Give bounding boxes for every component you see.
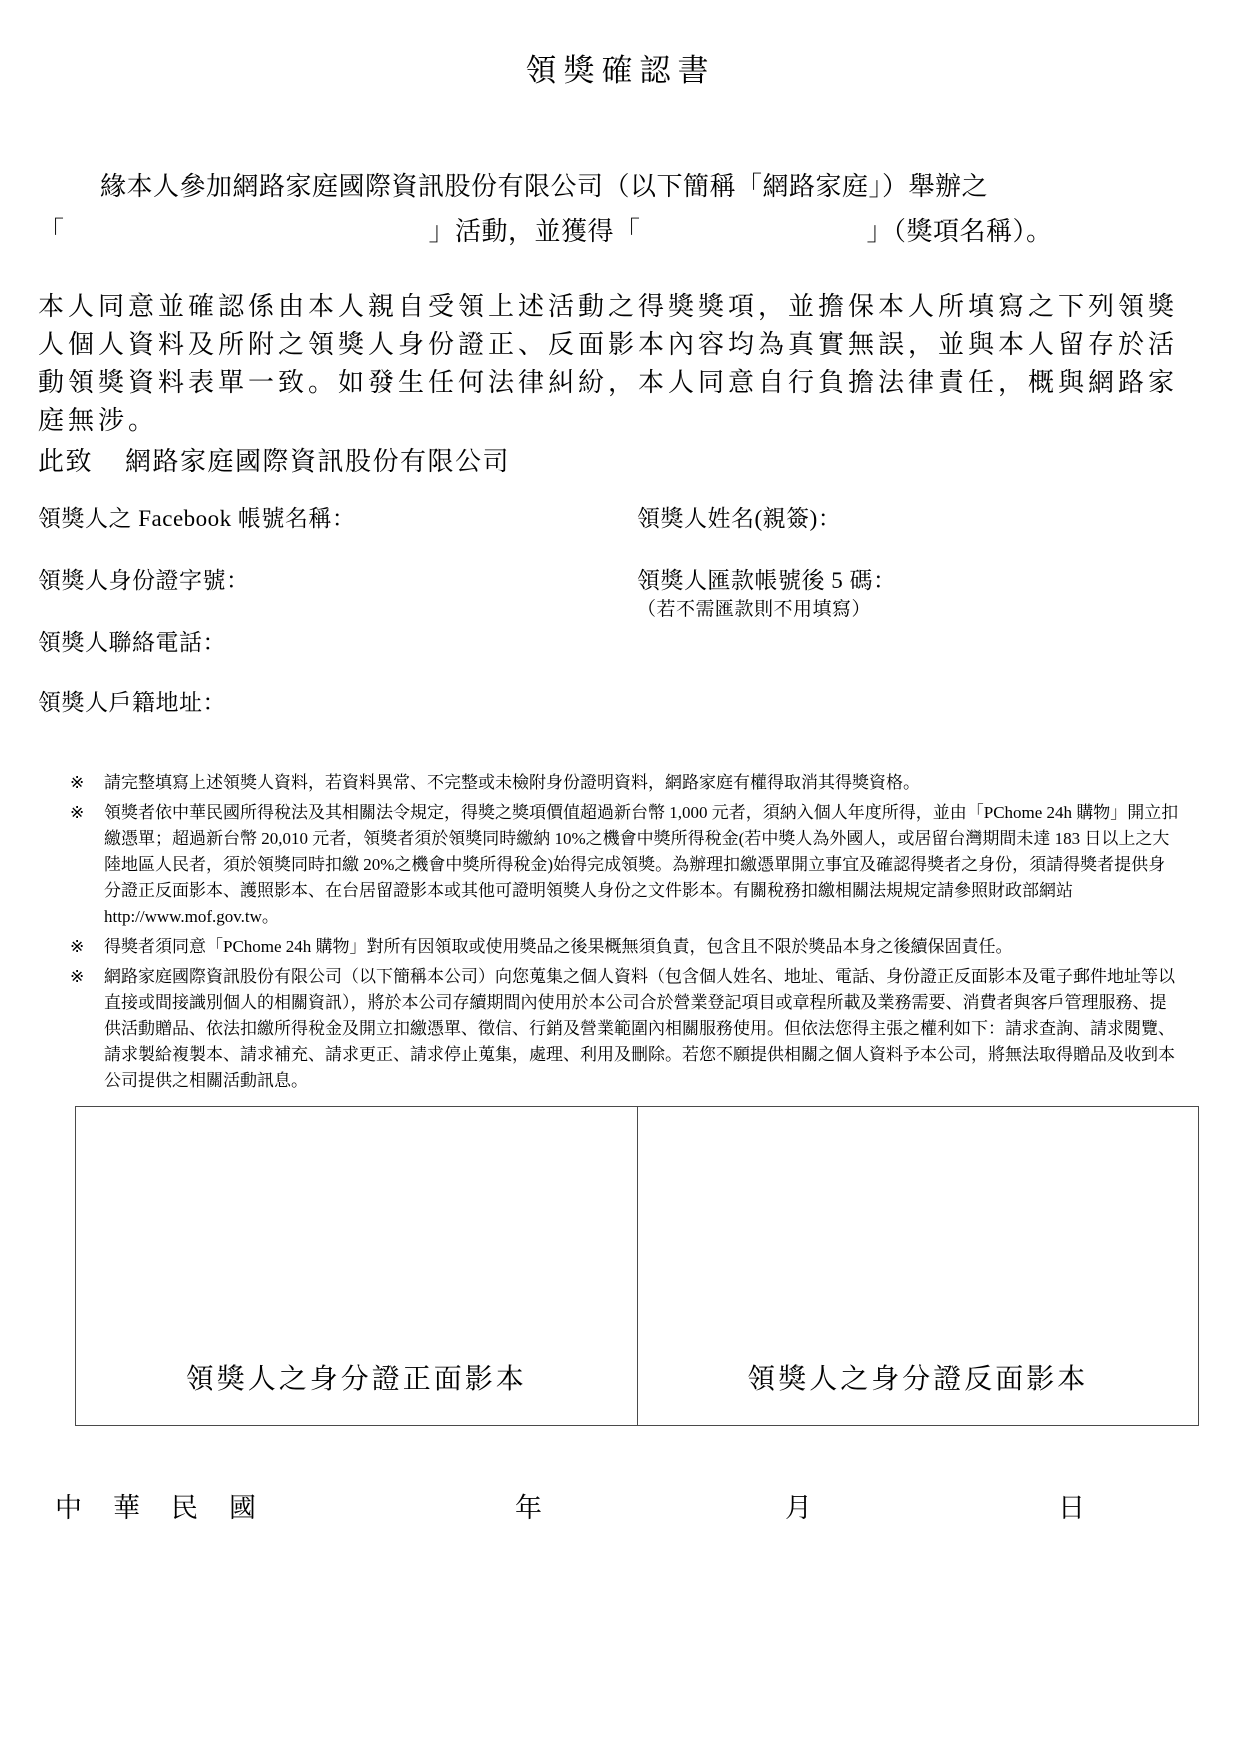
date-line: 中華民國 年 月 日 [0,1486,1241,1528]
intro-line2: 「」活動，並獲得「」（獎項名稱）。 [38,209,1205,254]
id-back-copy-box: 領獎人之身分證反面影本 [638,1107,1199,1425]
prize-claim-confirmation-document: 領獎確認書 緣本人參加網路家庭國際資訊股份有限公司（以下簡稱「網路家庭」）舉辦之… [0,0,1241,1755]
bank-account-note: （若不需匯款則不用填寫） [637,594,871,621]
activity-open-quote: 「 [38,217,65,246]
note-item: ※ 請完整填寫上述領獎人資料，若資料異常、不完整或未檢附身份證明資料，網路家庭有… [70,770,1179,796]
document-title: 領獎確認書 [0,0,1241,90]
id-copy-table: 領獎人之身分證正面影本 領獎人之身分證反面影本 [75,1106,1199,1426]
id-back-caption: 領獎人之身分證反面影本 [638,1357,1199,1397]
note-text: 得獎者須同意「PChome 24h 購物」對所有因領取或使用獎品之後果概無須負責… [104,934,1179,960]
note-item: ※ 網路家庭國際資訊股份有限公司（以下簡稱本公司）向您蒐集之個人資料（包含個人姓… [70,964,1179,1094]
note-item: ※ 得獎者須同意「PChome 24h 購物」對所有因領取或使用獎品之後果概無須… [70,934,1179,960]
activity-close-mid: 」活動，並獲得「 [429,217,641,246]
year-label: 年 [515,1486,542,1525]
note-marker: ※ [70,964,104,1094]
agreement-paragraph: 本人同意並確認係由本人親自受領上述活動之得獎獎項，並擔保本人所填寫之下列領獎人個… [38,288,1205,440]
id-number-label: 領獎人身份證字號： [38,562,250,595]
note-marker: ※ [70,934,104,960]
addressee-line: 此致網路家庭國際資訊股份有限公司 [38,442,1205,482]
addressee-company: 網路家庭國際資訊股份有限公司 [125,447,510,476]
note-marker: ※ [70,800,104,930]
intro-line1: 緣本人參加網路家庭國際資訊股份有限公司（以下簡稱「網路家庭」）舉辦之 [38,164,1205,209]
era-label: 中華民國 [55,1486,287,1525]
claimant-fields: 領獎人之 Facebook 帳號名稱： 領獎人姓名(親簽)： 領獎人身份證字號：… [38,500,1205,714]
month-label: 月 [785,1486,812,1525]
addressee-salute: 此致 [38,447,93,476]
phone-label: 領獎人聯絡電話： [38,624,226,657]
note-text: 網路家庭國際資訊股份有限公司（以下簡稱本公司）向您蒐集之個人資料（包含個人姓名、… [104,964,1179,1094]
address-label: 領獎人戶籍地址： [38,684,226,717]
intro-paragraph: 緣本人參加網路家庭國際資訊股份有限公司（以下簡稱「網路家庭」）舉辦之 「」活動，… [38,164,1205,254]
prize-close-end: 」（獎項名稱）。 [867,217,1053,246]
facebook-account-label: 領獎人之 Facebook 帳號名稱： [38,500,355,533]
id-front-caption: 領獎人之身分證正面影本 [76,1357,637,1397]
bank-account-label: 領獎人匯款帳號後 5 碼： [637,562,897,595]
day-label: 日 [1058,1486,1085,1525]
notes-section: ※ 請完整填寫上述領獎人資料，若資料異常、不完整或未檢附身份證明資料，網路家庭有… [70,770,1179,1094]
id-front-copy-box: 領獎人之身分證正面影本 [76,1107,638,1425]
note-text: 領獎者依中華民國所得稅法及其相關法令規定，得獎之獎項價值超過新台幣 1,000 … [104,800,1179,930]
claimant-name-label: 領獎人姓名(親簽)： [637,500,841,533]
note-item: ※ 領獎者依中華民國所得稅法及其相關法令規定，得獎之獎項價值超過新台幣 1,00… [70,800,1179,930]
note-marker: ※ [70,770,104,796]
note-text: 請完整填寫上述領獎人資料，若資料異常、不完整或未檢附身份證明資料，網路家庭有權得… [104,770,1179,796]
